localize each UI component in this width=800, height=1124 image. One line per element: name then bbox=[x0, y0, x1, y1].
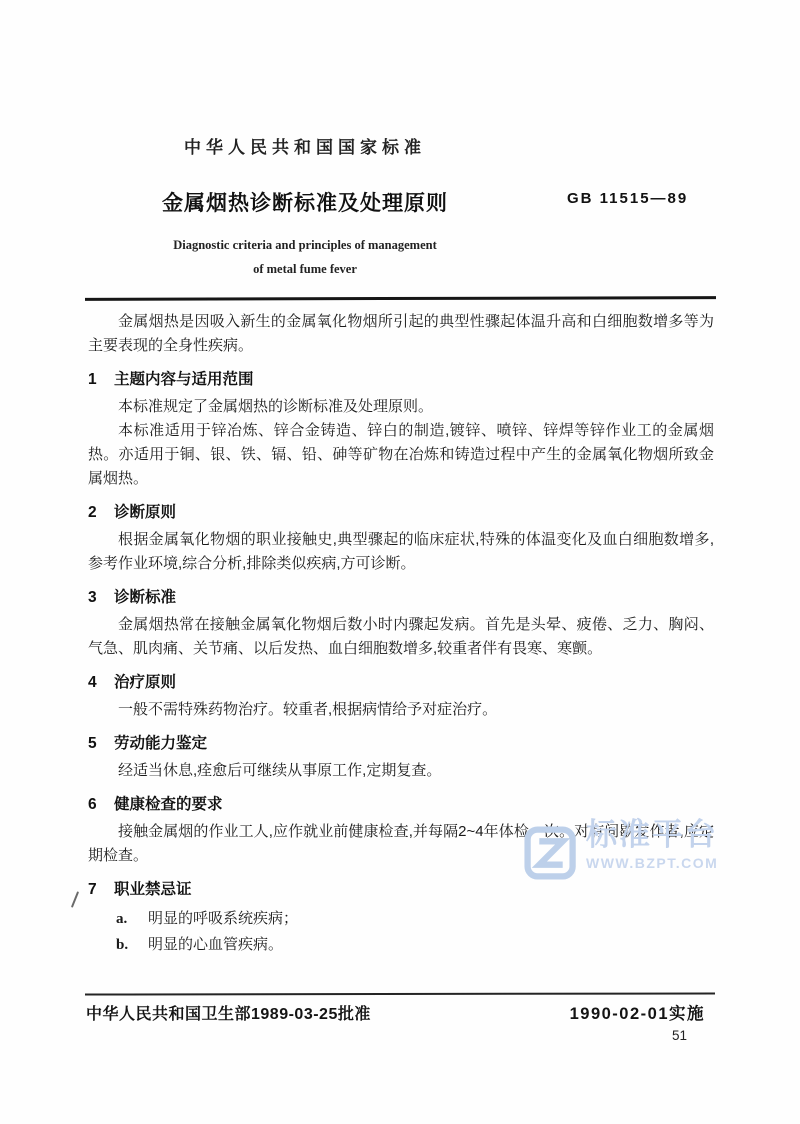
intro-paragraph: 金属烟热是因吸入新生的金属氧化物烟所引起的典型性骤起体温升高和白细胞数增多等为主… bbox=[88, 310, 714, 358]
document-page: 中华人民共和国国家标准 金属烟热诊断标准及处理原则 Diagnostic cri… bbox=[0, 0, 800, 1124]
section-2-paragraph-1: 根据金属氧化物烟的职业接触史,典型骤起的临床症状,特殊的体温变化及血白细胞数增多… bbox=[88, 528, 714, 576]
document-title-english-line1: Diagnostic criteria and principles of ma… bbox=[85, 238, 525, 253]
list-text-b: 明显的心血管疾病。 bbox=[148, 936, 283, 953]
list-text-a: 明显的呼吸系统疾病； bbox=[148, 910, 298, 927]
approval-statement: 中华人民共和国卫生部1989-03-25批准 bbox=[86, 1001, 371, 1024]
section-heading-2: 2诊断原则 bbox=[88, 501, 714, 525]
section-title: 治疗原则 bbox=[114, 674, 176, 691]
implementation-date: 1990-02-01实施 bbox=[570, 1000, 705, 1024]
section-heading-7: 7职业禁忌证 bbox=[88, 878, 714, 902]
contraindication-list: a.明显的呼吸系统疾病； b.明显的心血管疾病。 bbox=[88, 906, 714, 958]
section-number: 3 bbox=[88, 586, 100, 610]
list-marker-b: b. bbox=[116, 933, 148, 958]
section-3-paragraph-1: 金属烟热常在接触金属氧化物烟后数小时内骤起发病。首先是头晕、疲倦、乏力、胸闷、气… bbox=[88, 613, 714, 661]
section-number: 2 bbox=[88, 501, 100, 525]
list-item-a: a.明显的呼吸系统疾病； bbox=[116, 906, 714, 932]
document-title: 金属烟热诊断标准及处理原则 bbox=[85, 187, 525, 217]
standard-type-label: 中华人民共和国国家标准 bbox=[85, 133, 525, 158]
section-6-paragraph-1: 接触金属烟的作业工人,应作就业前健康检查,并每隔2~4年体检一次。对有间歇发作者… bbox=[88, 820, 714, 868]
document-body: 金属烟热是因吸入新生的金属氧化物烟所引起的典型性骤起体温升高和白细胞数增多等为主… bbox=[88, 310, 714, 958]
section-title: 主题内容与适用范围 bbox=[114, 371, 254, 388]
section-heading-3: 3诊断标准 bbox=[88, 586, 714, 610]
section-title: 劳动能力鉴定 bbox=[114, 735, 207, 752]
standard-number: GB 11515—89 bbox=[567, 190, 688, 207]
section-title: 健康检查的要求 bbox=[114, 796, 223, 813]
list-item-b: b.明显的心血管疾病。 bbox=[116, 932, 714, 958]
section-title: 职业禁忌证 bbox=[114, 881, 192, 898]
section-title: 诊断原则 bbox=[114, 504, 176, 521]
section-number: 7 bbox=[88, 878, 100, 902]
section-heading-6: 6健康检查的要求 bbox=[88, 793, 714, 817]
section-heading-1: 1主题内容与适用范围 bbox=[88, 368, 714, 392]
section-4-paragraph-1: 一般不需特殊药物治疗。较重者,根据病情给予对症治疗。 bbox=[88, 698, 714, 722]
section-5-paragraph-1: 经适当休息,痊愈后可继续从事原工作,定期复查。 bbox=[88, 759, 714, 783]
section-title: 诊断标准 bbox=[114, 589, 176, 606]
document-title-english-line2: of metal fume fever bbox=[85, 262, 525, 277]
section-number: 6 bbox=[88, 793, 100, 817]
section-number: 4 bbox=[88, 671, 100, 695]
section-1-paragraph-2: 本标准适用于锌冶炼、锌合金铸造、锌白的制造,镀锌、喷锌、锌焊等锌作业工的金属烟热… bbox=[88, 419, 714, 491]
section-number: 1 bbox=[88, 368, 100, 392]
list-marker-a: a. bbox=[116, 907, 148, 932]
section-1-paragraph-1: 本标准规定了金属烟热的诊断标准及处理原则。 bbox=[88, 395, 714, 419]
section-number: 5 bbox=[88, 732, 100, 756]
header-divider-rule bbox=[85, 296, 716, 301]
section-heading-5: 5劳动能力鉴定 bbox=[88, 732, 714, 756]
pencil-mark bbox=[71, 891, 79, 908]
document-header: 中华人民共和国国家标准 金属烟热诊断标准及处理原则 Diagnostic cri… bbox=[85, 133, 525, 277]
page-number: 51 bbox=[672, 1028, 687, 1043]
footer-divider-rule bbox=[85, 992, 715, 995]
section-heading-4: 4治疗原则 bbox=[88, 671, 714, 695]
